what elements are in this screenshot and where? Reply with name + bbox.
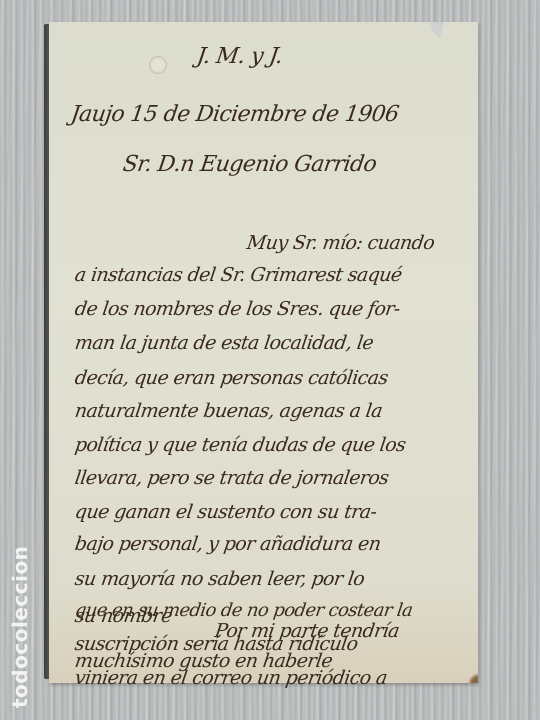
- letter-line: Muy Sr. mío: cuando: [245, 232, 435, 254]
- header-mark: J. M. y J.: [195, 44, 284, 69]
- paper-hole: [149, 56, 167, 74]
- letter-line: bajo personal, y por añadidura en: [73, 533, 382, 555]
- watermark-logo: todocoleccion: [8, 548, 32, 708]
- letter-line: de los nombres de los Sres. que for-: [73, 298, 401, 320]
- date-line: Jaujo 15 de Diciembre de 1906: [69, 102, 400, 127]
- letter-line: su nombre: [73, 605, 173, 627]
- letter-line: su mayoría no saben leer, por lo: [73, 568, 365, 590]
- letter-line: llevara, pero se trata de jornaleros: [73, 467, 390, 489]
- letter-line: Por mi parte tendría: [213, 620, 400, 642]
- addressee: Sr. D.n Eugenio Garrido: [121, 152, 378, 177]
- letter-line: que ganan el sustento con su tra-: [73, 501, 377, 523]
- letter-line: decía, que eran personas católicas: [73, 367, 389, 389]
- letter-line: muchísimo gusto en haberle: [73, 650, 333, 672]
- letter-paper: J. M. y J. Jaujo 15 de Diciembre de 1906…: [49, 22, 478, 683]
- letter-line: naturalmente buenas, agenas a la: [73, 400, 383, 422]
- letter-line: política y que tenía dudas de que los: [73, 434, 406, 456]
- letter-line: a instancias del Sr. Grimarest saqué: [73, 264, 403, 286]
- paper-tear: [430, 22, 444, 38]
- letter-line: man la junta de esta localidad, le: [73, 332, 374, 354]
